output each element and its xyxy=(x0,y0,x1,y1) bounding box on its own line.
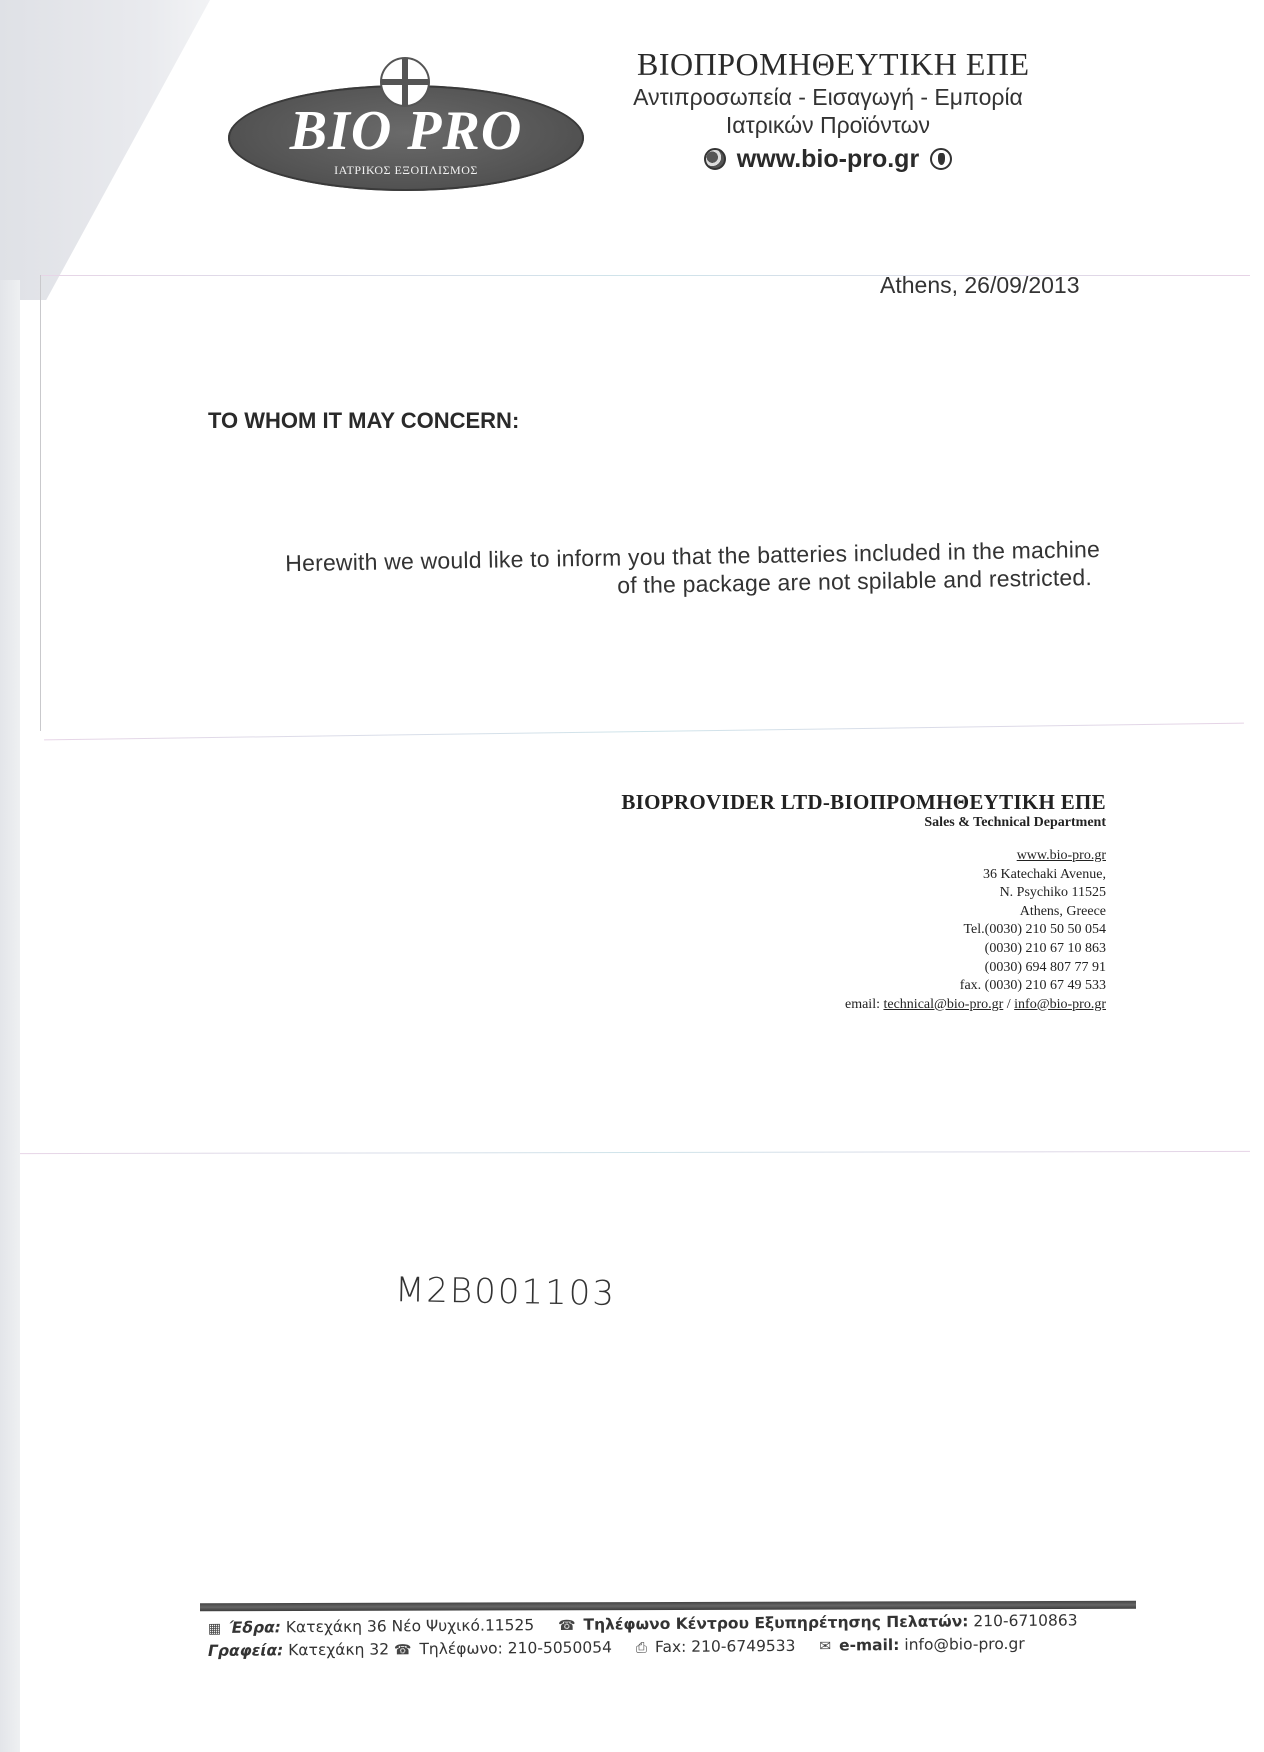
footer-service-label: Τηλέφωνο Κέντρου Εξυπηρέτησης Πελατών: xyxy=(583,1612,968,1633)
salutation: TO WHOM IT MAY CONCERN: xyxy=(208,408,519,434)
footer-offices-phone: Τηλέφωνο: 210-5050054 xyxy=(419,1638,612,1658)
letterhead-website-link[interactable]: www.bio-pro.gr xyxy=(737,145,919,173)
phone-icon: ☎ xyxy=(558,1618,576,1634)
fax-icon: ⎙ xyxy=(636,1640,647,1656)
logo-tagline: ΙΑΤΡΙΚΟΣ ΕΞΟΠΛΙΣΜΟΣ xyxy=(228,163,584,178)
stamp-tel1: Tel.(0030) 210 50 50 054 xyxy=(560,921,1106,940)
stamp-address-line3: Athens, Greece xyxy=(560,903,1106,922)
stamp-department: Sales & Technical Department xyxy=(560,815,1106,831)
fold-line-bottom xyxy=(20,1151,1250,1154)
company-name: ΒΙΟΠΡΟΜΗΘΕΥΤΙΚΗ ΕΠΕ xyxy=(637,46,1037,83)
footer-offices-label: Γραφεία: xyxy=(208,1641,283,1660)
footer-line-offices: Γραφεία: Κατεχάκη 32 ☎ Τηλέφωνο: 210-505… xyxy=(208,1635,1025,1660)
stamp-fax: fax. (0030) 210 67 49 533 xyxy=(560,977,1106,996)
phone-icon: ☎ xyxy=(394,1642,412,1658)
footer-divider xyxy=(200,1601,1136,1611)
footer-fax: Fax: 210-6749533 xyxy=(655,1637,796,1656)
stamp-tel3: (0030) 694 807 77 91 xyxy=(560,959,1106,978)
left-edge-shadow xyxy=(0,280,20,1752)
email-icon: ✉ xyxy=(819,1639,831,1655)
stamp-email-technical-link[interactable]: technical@bio-pro.gr xyxy=(883,997,1003,1012)
handwritten-code: M2B001103 xyxy=(395,1270,617,1314)
footer-offices-address: Κατεχάκη 32 xyxy=(288,1640,389,1659)
folded-corner-shadow xyxy=(0,0,210,300)
stamp-email-info-link[interactable]: info@bio-pro.gr xyxy=(1014,997,1106,1012)
stamp-address-line2: N. Psychiko 11525 xyxy=(560,884,1106,903)
stamp-email-line: email: technical@bio-pro.gr / info@bio-p… xyxy=(560,996,1106,1015)
company-logo: BIO PRO ΙΑΤΡΙΚΟΣ ΕΞΟΠΛΙΣΜΟΣ xyxy=(228,85,584,191)
letterhead-website: www.bio-pro.gr xyxy=(608,145,1048,174)
footer-email-link[interactable]: info@bio-pro.gr xyxy=(904,1635,1024,1654)
footer-line-headquarters: ▦ Έδρα: Κατεχάκη 36 Νέο Ψυχικό.11525 ☎ Τ… xyxy=(208,1611,1078,1637)
footer-email-label: e-mail: xyxy=(839,1636,900,1655)
stamp-website-link[interactable]: www.bio-pro.gr xyxy=(1017,848,1106,863)
company-description-line2: Ιατρικών Προϊόντων xyxy=(608,112,1048,139)
company-stamp: BIOPROVIDER LTD-ΒΙΟΠΡΟΜΗΘΕΥΤΙΚΗ ΕΠΕ Sale… xyxy=(560,790,1106,1014)
fold-line-left xyxy=(40,275,41,731)
company-description-line1: Αντιπροσωπεία - Εισαγωγή - Εμπορία xyxy=(608,84,1048,111)
building-icon: ▦ xyxy=(208,1621,221,1637)
fold-line-middle xyxy=(44,723,1244,741)
footer-service-phone: 210-6710863 xyxy=(973,1611,1077,1630)
globe-icon xyxy=(930,148,952,170)
stamp-tel2: (0030) 210 67 10 863 xyxy=(560,940,1106,959)
stamp-title: BIOPROVIDER LTD-ΒΙΟΠΡΟΜΗΘΕΥΤΙΚΗ ΕΠΕ xyxy=(560,790,1106,815)
footer-hq-address: Κατεχάκη 36 Νέο Ψυχικό.11525 xyxy=(286,1616,535,1636)
footer-hq-label: Έδρα: xyxy=(229,1618,281,1636)
stamp-address-line1: 36 Katechaki Avenue, xyxy=(560,866,1106,885)
logo-brand: BIO PRO xyxy=(228,99,584,163)
stamp-email-separator: / xyxy=(1003,997,1014,1012)
stamp-email-label: email: xyxy=(845,997,884,1012)
globe-icon xyxy=(704,148,726,170)
letter-date: Athens, 26/09/2013 xyxy=(880,272,1080,299)
